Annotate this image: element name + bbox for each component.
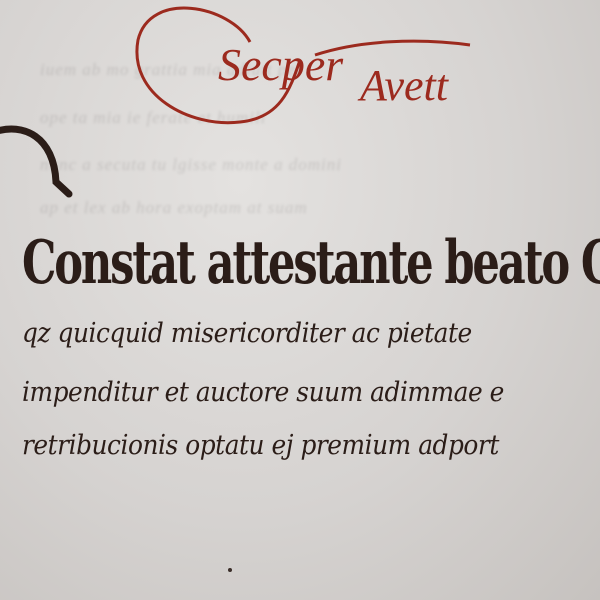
rubric-heading-word-2: Avett	[360, 60, 448, 111]
text-line-1: qz quicquid misericorditer ac pietate	[22, 318, 472, 349]
opening-line: Constat attestante beato Gr	[22, 228, 600, 298]
ink-speck	[228, 568, 232, 572]
text-line-3: retribucionis optatu ej premium adport	[22, 430, 499, 461]
text-line-2: impenditur et auctore suum adimmae e	[22, 377, 504, 408]
show-through-text: nunc a secuta tu lgisse monte a domini	[40, 155, 600, 175]
manuscript-page: iuem ab mo grattia mia adiutt per ope ta…	[0, 0, 600, 600]
show-through-text: ap et lex ab hora exoptam at suam	[40, 198, 600, 218]
rubric-heading-word-1: Secper	[218, 38, 343, 91]
decorated-initial-c	[0, 112, 74, 222]
